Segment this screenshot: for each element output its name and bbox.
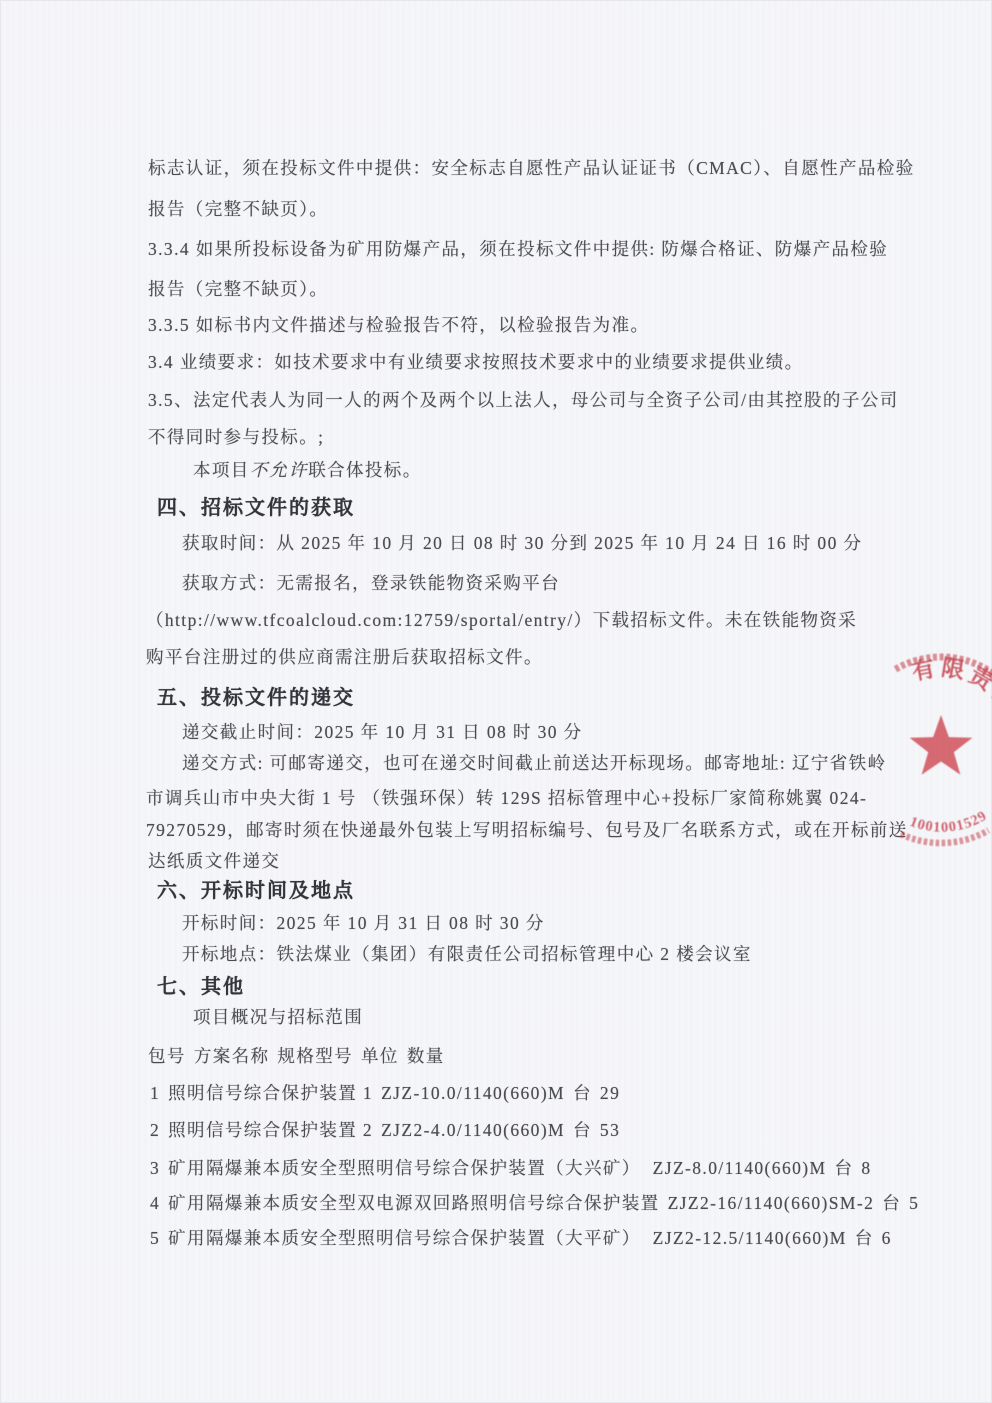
col-unit: 单位 — [361, 1043, 399, 1068]
row-qty: 6 — [882, 1228, 892, 1249]
joint-bid-emphasis: 不允许 — [250, 460, 309, 480]
col-plan-name: 方案名称 — [194, 1043, 270, 1068]
document-page: 标志认证，须在投标文件中提供：安全标志自愿性产品认证证书（CMAC）、自愿性产品… — [0, 0, 992, 1403]
row-name: 矿用隔爆兼本质安全型双电源双回路照明信号综合保护装置 — [168, 1190, 659, 1215]
doc-line: 3.3.4 如果所投标设备为矿用防爆产品，须在投标文件中提供: 防爆合格证、防爆… — [148, 236, 888, 261]
doc-line: 达纸质文件递交 — [148, 848, 280, 873]
table-row: 5矿用隔爆兼本质安全型照明信号综合保护装置（大平矿）ZJZ2-12.5/1140… — [150, 1225, 892, 1250]
row-qty: 5 — [909, 1193, 919, 1214]
joint-bid-prefix: 本项目 — [193, 460, 250, 480]
section-title-bid-opening: 六、开标时间及地点 — [157, 874, 355, 903]
doc-line: 3.4 业绩要求：如技术要求中有业绩要求按照技术要求中的业绩要求提供业绩。 — [148, 349, 804, 374]
row-spec: ZJZ2-12.5/1140(660)M — [653, 1228, 847, 1249]
row-unit: 台 — [573, 1080, 592, 1105]
section-title-submit-documents: 五、投标文件的递交 — [157, 681, 355, 710]
row-spec: ZJZ2-16/1140(660)SM-2 — [668, 1193, 875, 1214]
company-seal: 有限责任公司 1001001529 — [821, 628, 992, 868]
row-qty: 8 — [861, 1158, 871, 1179]
doc-line: 报告（完整不缺页）。 — [148, 196, 328, 221]
row-unit: 台 — [882, 1190, 901, 1215]
doc-line: 标志认证，须在投标文件中提供：安全标志自愿性产品认证证书（CMAC）、自愿性产品… — [148, 155, 915, 180]
table-row: 3矿用隔爆兼本质安全型照明信号综合保护装置（大兴矿）ZJZ-8.0/1140(6… — [150, 1155, 872, 1180]
row-no: 4 — [150, 1193, 160, 1214]
col-package-no: 包号 — [148, 1043, 186, 1068]
doc-line: 开标地点：铁法煤业（集团）有限责任公司招标管理中心 2 楼会议室 — [182, 941, 752, 966]
doc-line: 递交截止时间：2025 年 10 月 31 日 08 时 30 分 — [182, 719, 583, 744]
col-qty: 数量 — [407, 1043, 445, 1068]
row-name: 矿用隔爆兼本质安全型照明信号综合保护装置（大平矿） — [168, 1225, 641, 1250]
doc-line: 79270529，邮寄时须在快递最外包装上写明招标编号、包号及厂名联系方式，或在… — [146, 817, 908, 842]
table-row: 2照明信号综合保护装置 2ZJZ2-4.0/1140(660)M台53 — [150, 1117, 620, 1142]
section-title-obtain-documents: 四、招标文件的获取 — [157, 491, 355, 520]
doc-line: 获取时间：从 2025 年 10 月 20 日 08 时 30 分到 2025 … — [182, 530, 862, 555]
doc-line: 购平台注册过的供应商需注册后获取招标文件。 — [146, 644, 543, 669]
row-qty: 29 — [600, 1083, 620, 1104]
doc-line: 递交方式: 可邮寄递交，也可在递交时间截止前送达开标现场。邮寄地址: 辽宁省铁岭 — [182, 750, 886, 775]
seal-star-icon — [910, 715, 973, 775]
section-title-other: 七、其他 — [157, 970, 245, 999]
row-spec: ZJZ-10.0/1140(660)M — [381, 1083, 565, 1104]
row-spec: ZJZ2-4.0/1140(660)M — [381, 1120, 565, 1141]
doc-line: 市调兵山市中央大街 1 号 （铁强环保）转 129S 招标管理中心+投标厂家简称… — [146, 785, 867, 810]
row-name: 照明信号综合保护装置 2 — [168, 1117, 373, 1142]
col-spec-model: 规格型号 — [277, 1043, 353, 1068]
doc-line: 报告（完整不缺页）。 — [148, 276, 328, 301]
row-no: 2 — [150, 1120, 160, 1141]
doc-line: 项目概况与招标范围 — [193, 1004, 363, 1029]
doc-line: 开标时间：2025 年 10 月 31 日 08 时 30 分 — [182, 910, 545, 935]
doc-line: 3.3.5 如标书内文件描述与检验报告不符，以检验报告为准。 — [148, 312, 649, 337]
table-row: 1照明信号综合保护装置 1ZJZ-10.0/1140(660)M台29 — [150, 1080, 620, 1105]
doc-line-url: （http://www.tfcoalcloud.com:12759/sporta… — [146, 607, 857, 632]
joint-bid-line: 本项目不允许联合体投标。 — [193, 457, 422, 482]
doc-line: 不得同时参与投标。; — [148, 424, 324, 449]
table-row: 4矿用隔爆兼本质安全型双电源双回路照明信号综合保护装置ZJZ2-16/1140(… — [150, 1190, 919, 1215]
seal-company-arc-text: 有限责任公司 — [821, 628, 992, 742]
row-unit: 台 — [573, 1117, 592, 1142]
row-spec: ZJZ-8.0/1140(660)M — [653, 1158, 827, 1179]
row-no: 5 — [150, 1228, 160, 1249]
row-unit: 台 — [855, 1225, 874, 1250]
table-header-row: 包号方案名称规格型号单位数量 — [148, 1043, 445, 1068]
seal-serial-arc-text: 1001001529 — [908, 808, 991, 836]
row-qty: 53 — [600, 1120, 620, 1141]
joint-bid-suffix: 联合体投标。 — [308, 460, 421, 480]
row-no: 3 — [150, 1158, 160, 1179]
row-name: 照明信号综合保护装置 1 — [168, 1080, 373, 1105]
doc-line: 获取方式：无需报名，登录铁能物资采购平台 — [182, 570, 560, 595]
doc-line: 3.5、法定代表人为同一人的两个及两个以上法人，母公司与全资子公司/由其控股的子… — [148, 387, 899, 412]
row-unit: 台 — [834, 1155, 853, 1180]
row-no: 1 — [150, 1083, 160, 1104]
row-name: 矿用隔爆兼本质安全型照明信号综合保护装置（大兴矿） — [168, 1155, 641, 1180]
